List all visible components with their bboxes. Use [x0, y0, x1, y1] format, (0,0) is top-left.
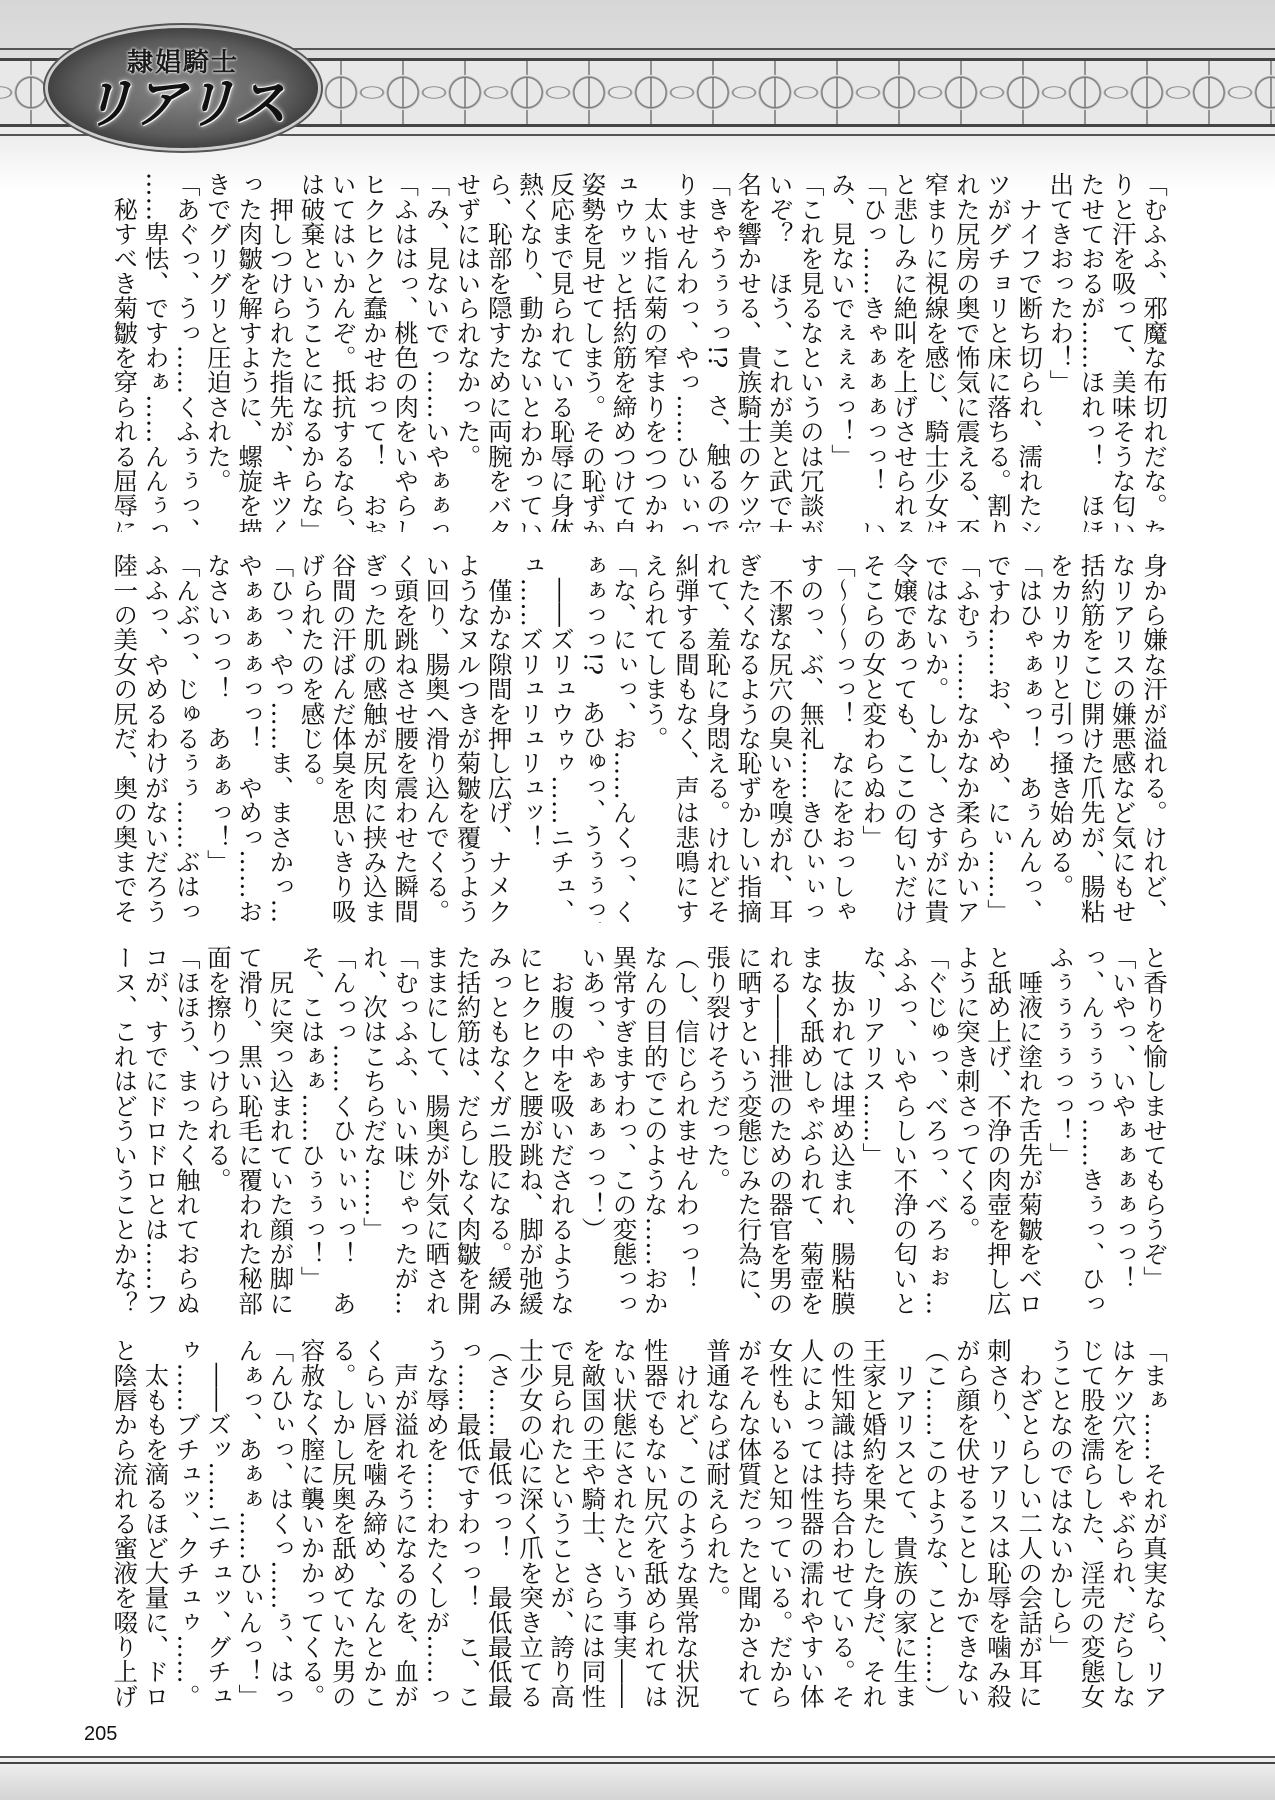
text-line: 「はひゃぁぁっ！ あぅんんっ、やっ、 — [1014, 553, 1045, 923]
text-line: 「んっっ……くひぃぃぃっ！ あひっ、 — [328, 945, 359, 1315]
text-line: うことなのではないかしら」 — [1045, 1338, 1076, 1708]
text-line: せずにはいられなかった。 — [452, 172, 483, 532]
text-line: がら顔を伏せることしかできない。 — [952, 1338, 983, 1708]
text-line: ない状態にされたという事実――それ — [608, 1338, 639, 1708]
text-line: 「むふふ、邪魔な布切れだな。たっぷ — [1139, 172, 1170, 532]
text-line: と香りを愉しませてもらうぞ」 — [1139, 945, 1170, 1315]
text-line: 異常すぎますわっ、この変態っっ…… — [608, 945, 639, 1315]
text-line: ふぅぅぅぅっっ！」 — [1045, 945, 1076, 1315]
text-line: げられたのを感じる。 — [296, 553, 327, 923]
text-line: 「ひっ……きゃぁぁぁっっ！ いやっ、 — [858, 172, 889, 532]
text-line: はケツ穴をしゃぶられ、だらしなく感 — [1108, 1338, 1139, 1708]
text-line: ヒクヒクと蠢かせおって！ おお、動 — [359, 172, 390, 532]
text-line: 熱くなり、動かないとわかっていなが — [515, 172, 546, 532]
text-line: 「むっふふ、いい味じゃったが……ど — [390, 945, 421, 1315]
text-line: 「ふははっ、桃色の肉をいやらしく、 — [390, 172, 421, 532]
series-title-large: リアリス — [48, 74, 318, 134]
text-line: 僅かな隙間を押し広げ、ナメクジの — [484, 553, 515, 923]
text-line: ふふっ、やめるわけがないだろう。大 — [140, 553, 171, 923]
text-line: 窄まりに視線を感じ、騎士少女は羞恥 — [920, 172, 951, 532]
text-line: れた尻房の奥で怖気に震える、不浄の — [952, 172, 983, 532]
text-line: 刺さり、リアリスは恥辱を噛み殺しな — [983, 1338, 1014, 1708]
text-line: をカリカリと引っ掻き始める。 — [1045, 553, 1076, 923]
text-line: ぎった肌の感触が尻肉に挟み込まれ、 — [359, 553, 390, 923]
text-line: 押しつけられた指先が、キツく締ま — [265, 172, 296, 532]
text-line: と悲しみに絶叫を上げさせられる。 — [889, 172, 920, 532]
text-line: りと汗を吸って、美味そうな匂いを立 — [1108, 172, 1139, 532]
text-line: れて、羞恥に身悶える。けれどそれを — [702, 553, 733, 923]
text-band-2: 身から嫌な汗が溢れる。けれど、そんなリアリスの嫌悪感など気にもせず、括約筋をこじ… — [78, 553, 1170, 923]
text-line: 普通ならば耐えられた。 — [702, 1338, 733, 1708]
text-line: て滑り、黒い恥毛に覆われた秘部に髭 — [234, 945, 265, 1315]
text-line: ーヌ、これはどういうことかな？」 — [109, 945, 140, 1315]
text-line: で見られたということが、誇り高い騎 — [546, 1338, 577, 1708]
text-line: 太い指に菊の窄まりをつつかれ、キ — [640, 172, 671, 532]
text-line: 王家と婚約を果たした身だ、それなり — [858, 1338, 889, 1708]
text-line: ようなヌルつきが菊皺を覆うように這 — [452, 553, 483, 923]
text-line: リアリスとて、貴族の家に生まれて — [889, 1338, 920, 1708]
series-logo: 隷娼騎士 リアリス — [48, 28, 318, 148]
text-line: んぁっ、あぁぁ……ひぃんっ！」 — [234, 1338, 265, 1708]
text-line: た括約筋は、だらしなく肉皺を開いた — [452, 945, 483, 1315]
text-line: そこらの女と変わらぬわ」 — [858, 553, 889, 923]
text-line: 不潔な尻穴の臭いを嗅がれ、耳を塞 — [764, 553, 795, 923]
page-number: 205 — [84, 1723, 117, 1746]
text-line: 「まぁ……それが真実なら、リアリス — [1139, 1338, 1170, 1708]
text-line: お腹の中を吸いだされるような感覚 — [546, 945, 577, 1315]
text-line: ぎたくなるような恥ずかしい指摘をさ — [733, 553, 764, 923]
text-line: ように突き刺さってくる。 — [952, 945, 983, 1315]
text-line: っ、んぅぅぅっ……きぅっ、ひっ、ひ — [1076, 945, 1107, 1315]
text-line: く頭を跳ねさせ腰を震わせた瞬間、脂 — [390, 553, 421, 923]
text-line: なんの目的でこのような……おかしい、 — [640, 945, 671, 1315]
text-line: くらい唇を噛み締め、なんとかこらえ — [359, 1338, 390, 1708]
text-band-1: 「むふふ、邪魔な布切れだな。たっぷりと汗を吸って、美味そうな匂いを立たせておるが… — [78, 172, 1170, 532]
text-line: 谷間の汗ばんだ体臭を思いきり吸い上 — [328, 553, 359, 923]
text-line: （し、信じられませんわっっ！ な、 — [671, 945, 702, 1315]
text-line: なさいっっ！ あぁぁっ！」 — [203, 553, 234, 923]
text-line: 「み、見ないでっ……いやぁぁっ！」 — [421, 172, 452, 532]
text-line: 令嬢であっても、ここの匂いだけは、 — [889, 553, 920, 923]
text-line: いてはいかんぞ。抵抗するなら、条約 — [328, 172, 359, 532]
text-line: 面を擦りつけられる。 — [203, 945, 234, 1315]
text-line: れる――排泄のための器官を男の味覚 — [764, 945, 795, 1315]
text-line: み、見ないでぇぇぇっ！」 — [827, 172, 858, 532]
text-line: コが、すでにドロドロとは……フィオ — [140, 945, 171, 1315]
text-line: すのっ、ぶ、無礼……きひぃぃっ！」 — [796, 553, 827, 923]
text-line: 「ひっ、やっ……ま、まさかっ……い — [265, 553, 296, 923]
text-line: ュ……ズリュリュリュッ！ — [515, 553, 546, 923]
text-line: 女性もいると知っている。だから自分 — [764, 1338, 795, 1708]
text-line: に晒すという変態じみた行為に、心が — [733, 945, 764, 1315]
text-line: 容赦なく膣に襲いかかってくる。 — [296, 1338, 327, 1708]
text-line: 「んひぃっ、はくっ……ぅ、はっ…… — [265, 1338, 296, 1708]
text-line: 「～～～っっ！ なにをおっしゃいま — [827, 553, 858, 923]
text-band-3: と香りを愉しませてもらうぞ」「いやっ、いやぁぁぁぁっっ！ あふっ、んぅぅぅっ……… — [78, 945, 1170, 1315]
text-line: 括約筋をこじ開けた爪先が、腸粘膜襞 — [1076, 553, 1107, 923]
text-line: れ、次はこちらだな……」 — [359, 945, 390, 1315]
text-line: りませんわっ、やっ……ひぃぃっ！」 — [671, 172, 702, 532]
text-line: 反応まで見られている恥辱に身体中が — [546, 172, 577, 532]
divider — [0, 1756, 1275, 1758]
text-band-4: 「まぁ……それが真実なら、リアリスはケツ穴をしゃぶられ、だらしなく感じて股を濡ら… — [78, 1338, 1170, 1708]
text-line: がそんな体質だったと聞かされても、 — [733, 1338, 764, 1708]
text-line: 人によっては性器の濡れやすい体質の — [796, 1338, 827, 1708]
text-line: ――ズリュウゥゥ……ニチュ、グチ — [546, 553, 577, 923]
text-line: えられてしまう。 — [640, 553, 671, 923]
text-line: 「ぐじゅっ、べろっ、べろぉぉ……む — [920, 945, 951, 1315]
text-line: 抜かれては埋め込まれ、腸粘膜をく — [827, 945, 858, 1315]
text-line: 唾液に塗れた舌先が菊皺をベロベロ — [1014, 945, 1045, 1315]
divider — [0, 1762, 1275, 1764]
text-line: ュウゥッと括約筋を締めつけて自衛の — [608, 172, 639, 532]
text-line: 尻に突っ込まれていた顔が脚に沿っ — [265, 945, 296, 1315]
text-line: 士少女の心に深く爪を突き立てる。 — [515, 1338, 546, 1708]
text-line: たせておるが……ほれっ！ ほほぉっ、 — [1076, 172, 1107, 532]
text-line: 太ももを滴るほど大量に、ドロドロ — [140, 1338, 171, 1708]
text-line: 声が溢れそうになるのを、血が滲む — [390, 1338, 421, 1708]
text-line: 「いやっ、いやぁぁぁぁっっ！ あふ — [1108, 945, 1139, 1315]
text-line: いぞ？ ほう、これが美と武で大陸に — [764, 172, 795, 532]
text-line: じて股を濡らした、淫売の変態女とい — [1076, 1338, 1107, 1708]
text-line: 性器でもない尻穴を舐められてはした — [640, 1338, 671, 1708]
text-line: と舐め上げ、不浄の肉壺を押し広げる — [983, 945, 1014, 1315]
text-line: まなく舐めしゃぶられて、菊壺を犯さ — [796, 945, 827, 1315]
text-line: 「あぐっ、うっ……くふぅぅっ、ひっ — [172, 172, 203, 532]
text-line: 「な、にぃっ、お……んくっ、くあぁ — [608, 553, 639, 923]
text-line: うな辱めを……わたくしが……っ！） — [421, 1338, 452, 1708]
text-line: 姿勢を見せてしまう。その恥ずかしい — [577, 172, 608, 532]
text-line: な、リアリス……」 — [858, 945, 889, 1315]
text-line: 「ふむぅ……なかなか柔らかいアナル — [952, 553, 983, 923]
text-line: ら、恥部を隠すために両腕をバタつか — [484, 172, 515, 532]
text-line: やぁぁぁぁっっ！ やめっ……おやめ — [234, 553, 265, 923]
text-line: ゥ……ブチュッ、クチュゥ……。 — [172, 1338, 203, 1708]
text-line: わざとらしい二人の会話が耳に突き — [1014, 1338, 1045, 1708]
text-line: 身から嫌な汗が溢れる。けれど、そん — [1139, 553, 1170, 923]
text-line: いあっ、やぁぁぁっっ！） — [577, 945, 608, 1315]
text-line: けれど、このような異常な状況で、 — [671, 1338, 702, 1708]
text-line: にヒクヒクと腰が跳ね、脚が弛緩して — [515, 945, 546, 1315]
text-line: なリアリスの嫌悪感など気にもせず、 — [1108, 553, 1139, 923]
text-line: ツがグチョリと床に落ちる。割り開か — [983, 172, 1014, 532]
text-line: ではないか。しかし、さすがに貴族の — [920, 553, 951, 923]
text-line: ですわ……お、やめ、にぃ……」 — [983, 553, 1014, 923]
text-line: きでグリグリと圧迫された。 — [203, 172, 234, 532]
text-line: そ、こはぁぁ……ひぅぅっ！」 — [296, 945, 327, 1315]
text-line: 出てきおったわ！」 — [1045, 172, 1076, 532]
text-line: ぁぁっっ!? あひゅっ、うぅぅっ！」 — [577, 553, 608, 923]
text-line: 陸一の美女の尻だ、奥の奥までその味 — [109, 553, 140, 923]
text-line: ふふっ、いやらしい不浄の匂いと味だ — [889, 945, 920, 1315]
text-line: る。しかし尻奥を舐めていた男の舌は、 — [328, 1338, 359, 1708]
text-line: 「んぶっ、じゅるぅぅ……ぶはっ、ぐ — [172, 553, 203, 923]
text-line: ナイフで断ち切られ、濡れたショー — [1014, 172, 1045, 532]
text-line: 秘すべき菊皺を穿られる屈辱に、全 — [109, 172, 140, 532]
text-line: ……卑怯、ですわぁ……んんぅっ！」 — [140, 172, 171, 532]
footer-rules — [0, 1756, 1275, 1800]
text-line: 糾弾する間もなく、声は悲鳴にすり替 — [671, 553, 702, 923]
text-line: を敵国の王や騎士、さらには同性にま — [577, 1338, 608, 1708]
text-line: っ……最低ですわっっ！ こ、このよ — [452, 1338, 483, 1708]
text-line: （さ……最低っっ！ 最低最低最低っ — [484, 1338, 515, 1708]
text-line: みっともなくガニ股になる。緩みきっ — [484, 945, 515, 1315]
text-line: と陰唇から流れる蜜液を啜り上げられ、 — [109, 1338, 140, 1708]
text-line: 「ほほう、まったく触れておらぬマン — [172, 945, 203, 1315]
text-line: 張り裂けそうだった。 — [702, 945, 733, 1315]
text-line: 名を響かせる、貴族騎士のケツ穴か」 — [733, 172, 764, 532]
text-line: い回り、腸奥へ滑り込んでくる。大き — [421, 553, 452, 923]
text-line: った肉皺を解すように、螺旋を描く動 — [234, 172, 265, 532]
text-line: 「きゃうぅぅっ!? さ、触るのではぁ — [702, 172, 733, 532]
text-line: は破棄ということになるからな」 — [296, 172, 327, 532]
text-line: の性知識は持ち合わせている。そして、 — [827, 1338, 858, 1708]
text-line: ――ズッ……ニチュッ、グチュゥゥ — [203, 1338, 234, 1708]
text-line: （こ……このような、こと……） — [920, 1338, 951, 1708]
text-line: ままにして、腸奥が外気に晒される。 — [421, 945, 452, 1315]
text-line: 「これを見るなというのは冗談がキツ — [796, 172, 827, 532]
